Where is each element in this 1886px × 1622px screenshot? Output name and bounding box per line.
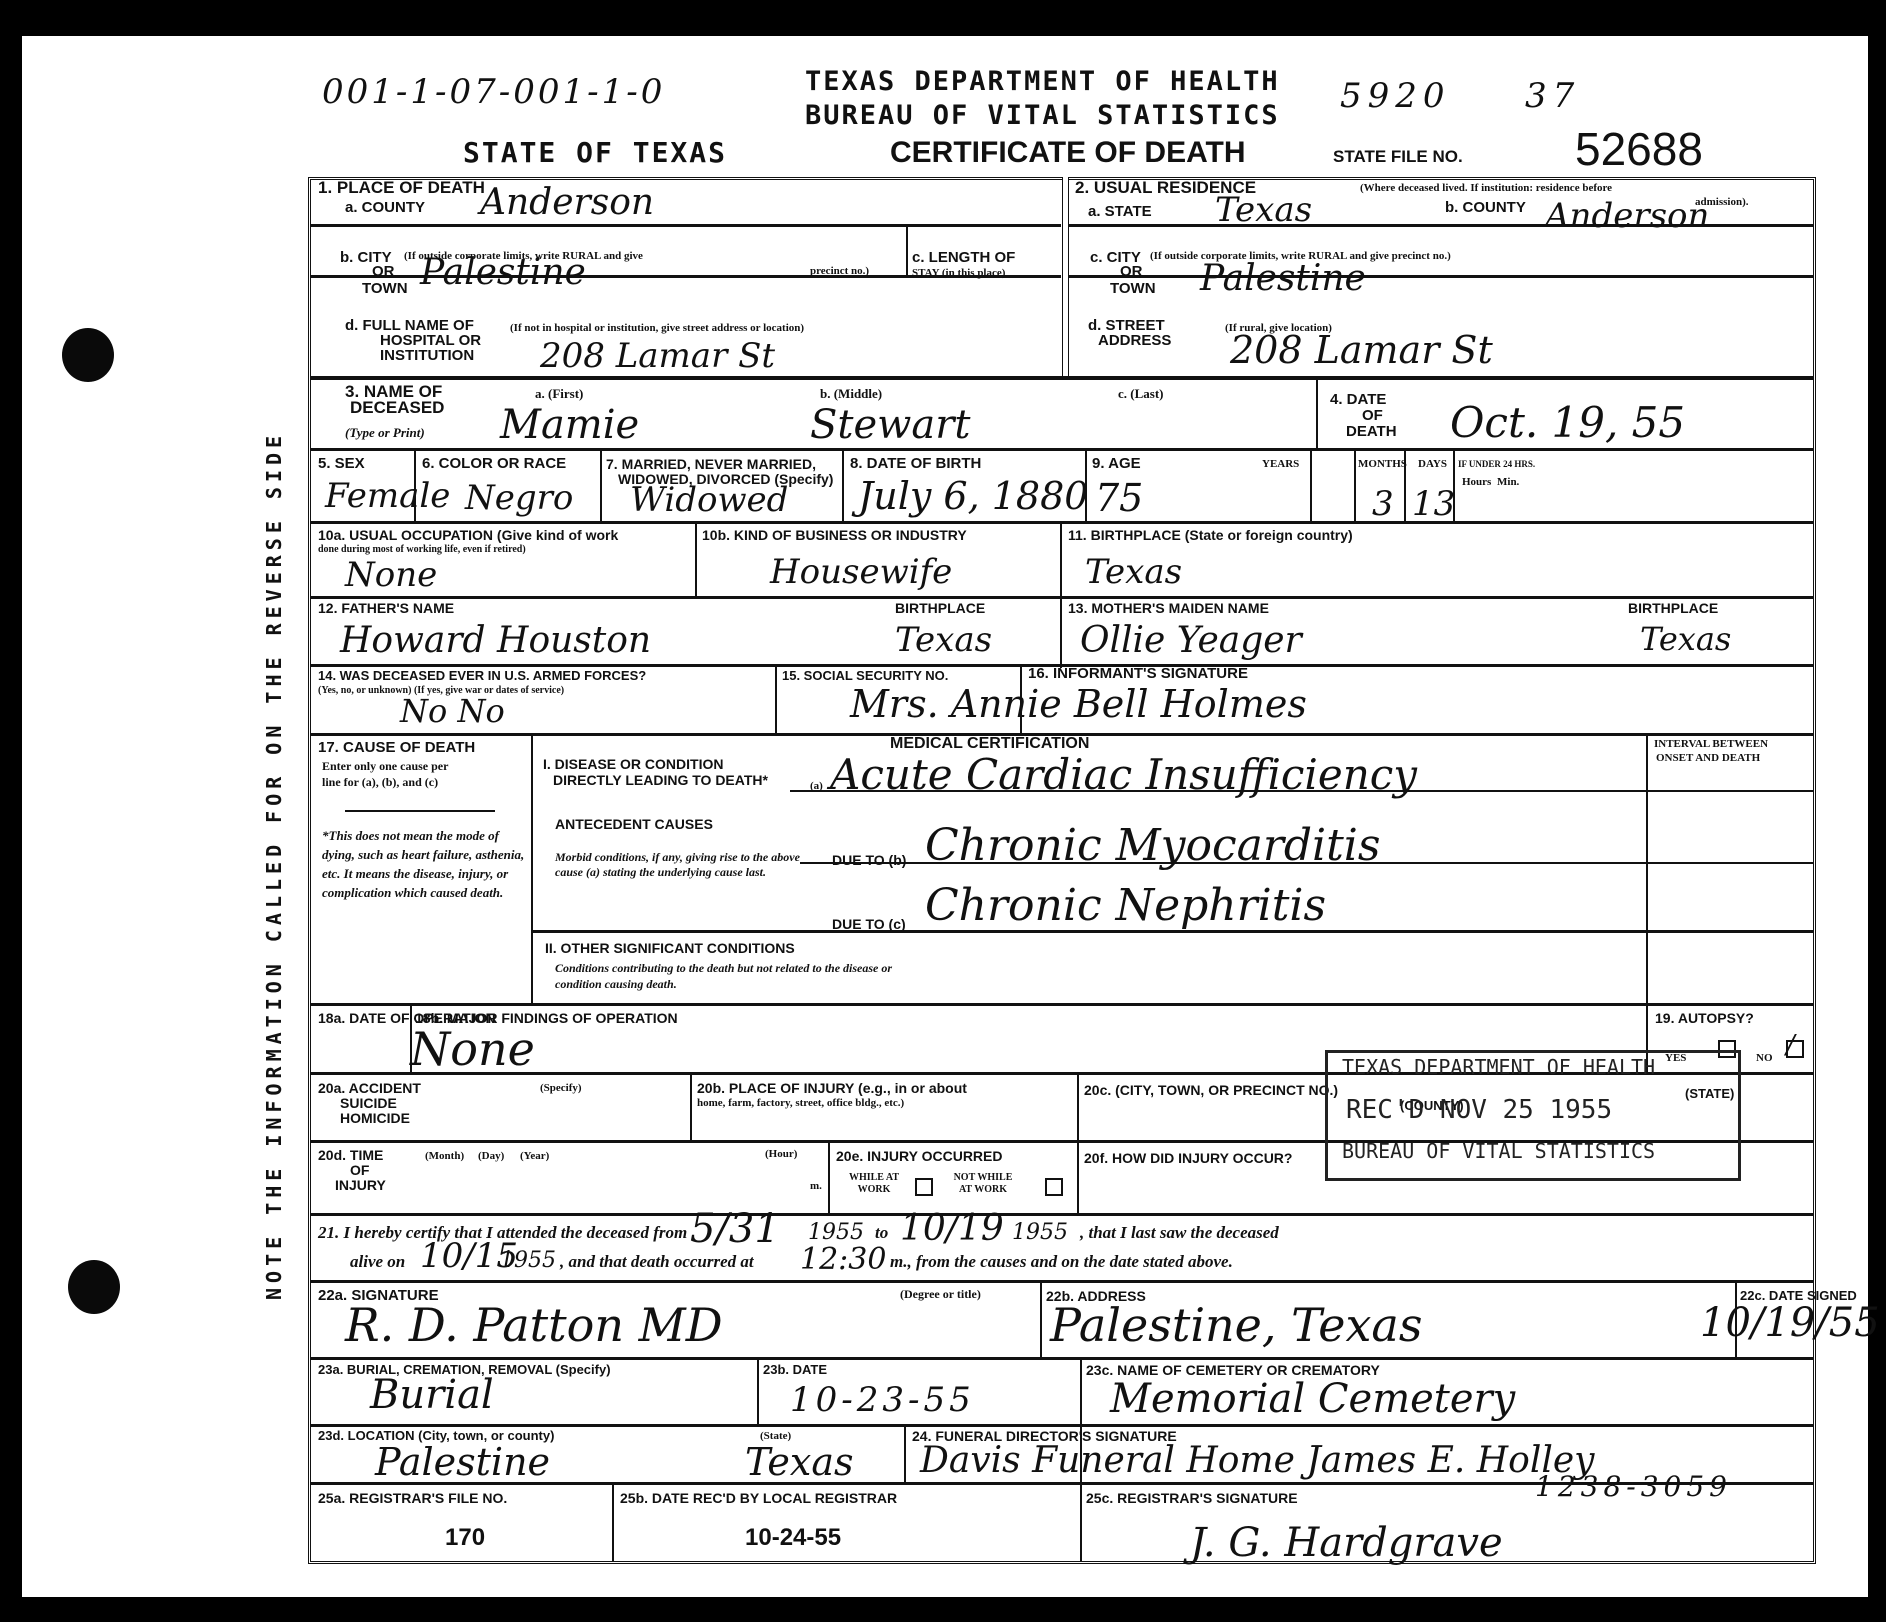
age-years-value[interactable]: 75 xyxy=(1095,476,1143,520)
not-while-at-work-label: NOT WHILE AT WORK xyxy=(948,1172,1018,1196)
age-label: 9. AGE xyxy=(1092,456,1141,472)
birthplace-label: 11. BIRTHPLACE (State or foreign country… xyxy=(1068,527,1353,543)
age-years-label: YEARS xyxy=(1262,458,1299,470)
informant-label: 16. INFORMANT'S SIGNATURE xyxy=(1028,666,1248,682)
disease-label: I. DISEASE OR CONDITION xyxy=(543,756,723,772)
alive-on-label: alive on xyxy=(350,1253,405,1270)
residence-county-value[interactable]: Anderson xyxy=(1545,196,1709,236)
injury-time-label-2: OF xyxy=(350,1162,369,1178)
accident-label-3: HOMICIDE xyxy=(340,1110,410,1126)
father-label: 12. FATHER'S NAME xyxy=(318,600,454,616)
funeral-director-signature[interactable]: Davis Funeral Home James E. Holley xyxy=(920,1440,1595,1481)
physician-address-value[interactable]: Palestine, Texas xyxy=(1050,1298,1422,1352)
accident-label: 20a. ACCIDENT xyxy=(318,1080,421,1096)
stamp-line-3: BUREAU OF VITAL STATISTICS xyxy=(1342,1139,1655,1163)
attended-from-value[interactable]: 5/31 xyxy=(690,1206,780,1252)
disease-label-2: DIRECTLY LEADING TO DEATH* xyxy=(553,772,768,788)
business-value[interactable]: Housewife xyxy=(770,552,952,592)
degree-label: (Degree or title) xyxy=(900,1288,981,1300)
funeral-director-license: 1238-3059 xyxy=(1535,1470,1732,1503)
injury-city-label: 20c. (CITY, TOWN, OR PRECINCT NO.) xyxy=(1084,1082,1338,1098)
residence-state-label: a. STATE xyxy=(1088,204,1152,220)
certify-text-3: , and that death occurred at xyxy=(560,1253,754,1270)
min-label: Min. xyxy=(1497,476,1519,488)
cemetery-value[interactable]: Memorial Cemetery xyxy=(1110,1376,1515,1422)
first-name-value[interactable]: Mamie xyxy=(500,402,639,448)
burial-date-label: 23b. DATE xyxy=(763,1362,827,1378)
state-title: STATE OF TEXAS xyxy=(463,136,727,169)
birthplace-value[interactable]: Texas xyxy=(1085,552,1182,592)
stamp-line-2: REC'D NOV 25 1955 xyxy=(1346,1095,1612,1125)
death-date-label-2: OF xyxy=(1362,408,1383,424)
injury-day-label: (Day) xyxy=(478,1150,504,1162)
pod-county-label: a. COUNTY xyxy=(345,200,425,216)
race-label: 6. COLOR OR RACE xyxy=(422,456,566,472)
father-value[interactable]: Howard Houston xyxy=(340,620,651,661)
pod-length-label: c. LENGTH OF xyxy=(912,250,1015,266)
residence-hint: (Where deceased lived. If institution: r… xyxy=(1360,182,1612,194)
autopsy-no-mark: / xyxy=(1786,1030,1795,1060)
agency-line-1: TEXAS DEPARTMENT OF HEALTH xyxy=(805,66,1280,97)
occupation-value[interactable]: None xyxy=(345,555,437,595)
injury-m-label: m. xyxy=(810,1180,822,1192)
other-conditions-hint: Conditions contributing to the death but… xyxy=(555,960,935,992)
burial-location-city[interactable]: Palestine xyxy=(375,1440,550,1484)
registrar-date-label: 25b. DATE REC'D BY LOCAL REGISTRAR xyxy=(620,1490,897,1506)
age-months-label: MONTHS xyxy=(1358,458,1407,470)
autopsy-label: 19. AUTOPSY? xyxy=(1655,1010,1754,1026)
race-value[interactable]: Negro xyxy=(465,478,573,518)
name-label-2: DECEASED xyxy=(350,400,444,416)
residence-state-value[interactable]: Texas xyxy=(1215,190,1312,230)
punch-hole-bottom xyxy=(68,1260,120,1314)
first-name-label: a. (First) xyxy=(535,388,583,400)
mother-birthplace-label: BIRTHPLACE xyxy=(1628,600,1718,616)
date-signed-value[interactable]: 10/19/55 xyxy=(1700,1300,1880,1346)
registrar-file-value: 170 xyxy=(445,1530,485,1546)
while-at-work-label: WHILE AT WORK xyxy=(843,1172,905,1196)
pod-city-value[interactable]: Palestine xyxy=(420,252,586,293)
stamp-line-1: TEXAS DEPARTMENT OF HEALTH xyxy=(1342,1055,1655,1079)
file-reference-handwritten: 001-1-07-001-1-0 xyxy=(322,72,665,112)
age-days-label: DAYS xyxy=(1418,458,1447,470)
physician-signature[interactable]: R. D. Patton MD xyxy=(345,1298,723,1352)
burial-date-value[interactable]: 10-23-55 xyxy=(790,1380,975,1420)
residence-county-label: b. COUNTY xyxy=(1445,200,1526,216)
certify-text-2: , that I last saw the deceased xyxy=(1080,1224,1279,1241)
document-title: CERTIFICATE OF DEATH xyxy=(890,136,1246,170)
death-date-label-3: DEATH xyxy=(1346,424,1397,440)
injury-place-label: 20b. PLACE OF INJURY (e.g., in or about xyxy=(697,1080,967,1096)
accident-specify: (Specify) xyxy=(540,1082,582,1094)
registrar-signature-label: 25c. REGISTRAR'S SIGNATURE xyxy=(1086,1490,1298,1506)
marital-label: 7. MARRIED, NEVER MARRIED, xyxy=(606,456,816,472)
father-birthplace-label: BIRTHPLACE xyxy=(895,600,985,616)
interval-label-2: ONSET AND DEATH xyxy=(1656,752,1760,764)
injury-year-label: (Year) xyxy=(520,1150,549,1162)
injury-month-label: (Month) xyxy=(425,1150,464,1162)
pod-hospital-label-3: INSTITUTION xyxy=(380,348,474,364)
injury-place-hint: home, farm, factory, street, office bldg… xyxy=(697,1097,904,1109)
antecedent-label: ANTECEDENT CAUSES xyxy=(555,816,713,832)
not-while-at-work-checkbox[interactable] xyxy=(1045,1178,1063,1196)
injury-hour-label: (Hour) xyxy=(765,1148,797,1160)
death-time-value[interactable]: 12:30 xyxy=(800,1242,886,1277)
burial-type-value[interactable]: Burial xyxy=(370,1372,494,1418)
interval-label: INTERVAL BETWEEN xyxy=(1654,738,1768,750)
agency-line-2: BUREAU OF VITAL STATISTICS xyxy=(805,100,1280,131)
reverse-side-note: NOTE THE INFORMATION CALLED FOR ON THE R… xyxy=(262,431,286,1300)
under-24-label: IF UNDER 24 HRS. xyxy=(1458,458,1535,470)
age-days-value[interactable]: 13 xyxy=(1412,484,1455,524)
cause-instruction-1: Enter only one cause per xyxy=(322,760,448,772)
state-file-number: 52688 xyxy=(1575,122,1703,176)
cause-of-death-label: 17. CAUSE OF DEATH xyxy=(318,740,475,756)
attended-to-year[interactable]: 1955 xyxy=(1012,1220,1068,1245)
pod-city-label-town: TOWN xyxy=(362,281,408,297)
cause-b-value[interactable]: Chronic Myocarditis xyxy=(925,820,1380,871)
informant-signature[interactable]: Mrs. Annie Bell Holmes xyxy=(850,682,1307,726)
middle-name-label: b. (Middle) xyxy=(820,388,882,400)
sex-value[interactable]: Female xyxy=(325,476,450,516)
residence-street-label-2: ADDRESS xyxy=(1098,333,1171,349)
registrar-file-label: 25a. REGISTRAR'S FILE NO. xyxy=(318,1490,507,1506)
pod-hospital-value[interactable]: 208 Lamar St xyxy=(540,336,775,376)
certify-to-label: to xyxy=(875,1224,888,1241)
injury-occurred-label: 20e. INJURY OCCURRED xyxy=(836,1148,1003,1164)
antecedent-hint: Morbid conditions, if any, giving rise t… xyxy=(555,850,825,880)
attended-to-value[interactable]: 10/19 xyxy=(900,1208,1004,1249)
residence-city-label-or: OR xyxy=(1120,264,1143,280)
registrar-signature[interactable]: J. G. Hardgrave xyxy=(1190,1520,1503,1566)
middle-name-value[interactable]: Stewart xyxy=(810,402,970,448)
handwritten-number-2: 37 xyxy=(1525,76,1580,116)
punch-hole-top xyxy=(62,328,114,382)
injury-time-label-3: INJURY xyxy=(335,1177,386,1193)
operation-date-value[interactable]: None xyxy=(410,1022,535,1076)
mother-value[interactable]: Ollie Yeager xyxy=(1080,620,1302,661)
sex-label: 5. SEX xyxy=(318,456,365,472)
marital-value[interactable]: Widowed xyxy=(630,480,788,520)
residence-city-label-town: TOWN xyxy=(1110,281,1156,297)
residence-city-value[interactable]: Palestine xyxy=(1200,258,1366,299)
dob-value[interactable]: July 6, 1880 xyxy=(858,474,1088,518)
name-label-3: (Type or Print) xyxy=(345,424,425,441)
mother-label: 13. MOTHER'S MAIDEN NAME xyxy=(1068,600,1269,616)
other-conditions-label: II. OTHER SIGNIFICANT CONDITIONS xyxy=(545,940,795,956)
handwritten-number-1: 5920 xyxy=(1340,76,1451,116)
injury-how-label: 20f. HOW DID INJURY OCCUR? xyxy=(1084,1150,1292,1166)
due-to-b-label: DUE TO (b) xyxy=(832,852,906,868)
place-of-death-label: 1. PLACE OF DEATH xyxy=(318,180,485,196)
residence-street-value[interactable]: 208 Lamar St xyxy=(1230,328,1493,372)
occupation-label: 10a. USUAL OCCUPATION (Give kind of work xyxy=(318,527,618,543)
certify-text-4: m., from the causes and on the date stat… xyxy=(890,1253,1233,1270)
while-at-work-checkbox[interactable] xyxy=(915,1178,933,1196)
cause-c-value[interactable]: Chronic Nephritis xyxy=(925,880,1326,931)
burial-location-state[interactable]: Texas xyxy=(745,1440,853,1484)
last-name-label: c. (Last) xyxy=(1118,388,1164,400)
cause-note: *This does not mean the mode of dying, s… xyxy=(322,826,527,902)
registrar-date-value: 10-24-55 xyxy=(745,1530,841,1546)
age-months-value[interactable]: 3 xyxy=(1372,484,1394,524)
pod-length-label-2: STAY (in this place) xyxy=(912,267,1005,279)
death-date-label: 4. DATE xyxy=(1330,392,1386,408)
armed-forces-label: 14. WAS DECEASED EVER IN U.S. ARMED FORC… xyxy=(318,668,646,684)
pod-city-hint-2: precinct no.) xyxy=(810,265,869,277)
alive-on-year[interactable]: 1955 xyxy=(500,1248,556,1273)
pod-city-label-or: OR xyxy=(372,264,395,280)
state-file-label: STATE FILE NO. xyxy=(1333,147,1463,167)
death-date-value[interactable]: Oct. 19, 55 xyxy=(1450,398,1685,447)
cause-a-marker: (a) xyxy=(810,780,823,792)
dob-label: 8. DATE OF BIRTH xyxy=(850,456,981,472)
cause-a-value[interactable]: Acute Cardiac Insufficiency xyxy=(830,750,1417,799)
injury-time-label: 20d. TIME xyxy=(318,1147,383,1163)
hours-label: Hours xyxy=(1462,476,1491,488)
due-to-c-label: DUE TO (c) xyxy=(832,916,906,932)
pod-county-value[interactable]: Anderson xyxy=(480,182,654,223)
father-birthplace-value[interactable]: Texas xyxy=(895,620,992,660)
cause-instruction-2: line for (a), (b), and (c) xyxy=(322,776,438,788)
autopsy-no-label: NO xyxy=(1756,1052,1773,1064)
operation-findings-label: 18b. MAJOR FINDINGS OF OPERATION xyxy=(415,1010,678,1026)
business-label: 10b. KIND OF BUSINESS OR INDUSTRY xyxy=(702,527,967,543)
accident-label-2: SUICIDE xyxy=(340,1095,397,1111)
pod-hospital-hint: (If not in hospital or institution, give… xyxy=(510,322,804,334)
armed-forces-value[interactable]: No No xyxy=(400,692,505,730)
received-stamp: TEXAS DEPARTMENT OF HEALTH REC'D NOV 25 … xyxy=(1325,1050,1741,1181)
mother-birthplace-value[interactable]: Texas xyxy=(1640,620,1731,658)
